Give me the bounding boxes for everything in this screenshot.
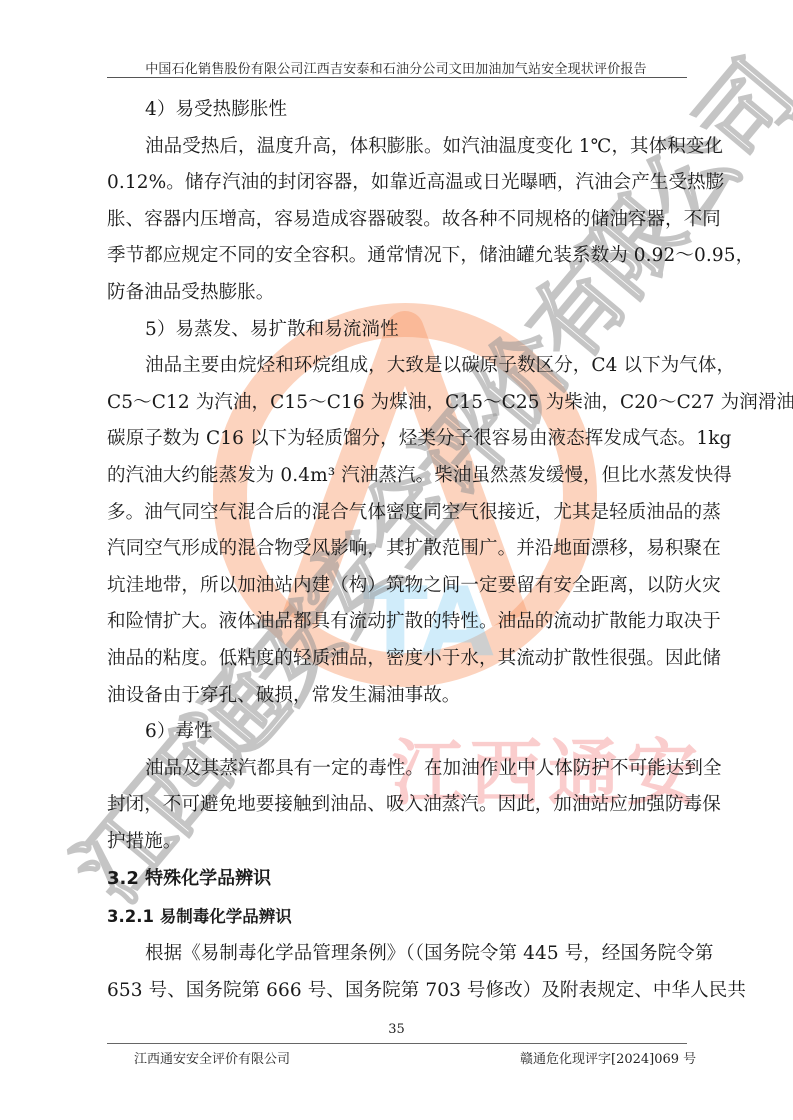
paragraph-line: 653 号、国务院第 666 号、国务院第 703 号修改）及附表规定、中华人民… [107,973,690,1010]
paragraph-line: 油设备由于穿孔、破损，常发生漏油事故。 [107,678,690,715]
paragraph-line: C5～C12 为汽油，C15～C16 为煤油，C15～C25 为柴油，C20～C… [107,385,690,422]
paragraph-line: 根据《易制毒化学品管理条例》（（国务院令第 445 号，经国务院令第 [107,936,690,973]
document-page: TA 江西通安安全评价有限公司 江西通安 中国石化销售股份有限公司江西吉安泰和石… [0,0,793,1120]
running-header: 中国石化销售股份有限公司江西吉安泰和石油分公司文田加油加气站安全现状评价报告 [96,58,696,77]
list-item-heading: 5）易蒸发、易扩散和易流淌性 [107,312,690,349]
section-heading: 3.2 特殊化学品辨识 [107,860,690,898]
paragraph-line: 油品的粘度。低粘度的轻质油品，密度小于水，其流动扩散性很强。因此储 [107,641,690,678]
list-item-heading: 6）毒性 [107,714,690,751]
footer-report-number: 赣通危化现评字[2024]069 号 [520,1048,696,1067]
list-item-heading: 4）易受热膨胀性 [107,92,690,129]
header-rule [107,77,687,78]
paragraph-line: 0.12%。储存汽油的封闭容器，如靠近高温或日光曝晒，汽油会产生受热膨 [107,165,690,202]
paragraph-line: 油品及其蒸汽都具有一定的毒性。在加油作业中人体防护不可能达到全 [107,751,690,788]
subsection-heading: 3.2.1 易制毒化学品辨识 [107,898,690,936]
paragraph-line: 胀、容器内压增高，容易造成容器破裂。故各种不同规格的储油容器，不同 [107,202,690,239]
footer-company: 江西通安安全评价有限公司 [134,1048,290,1067]
paragraph-line: 的汽油大约能蒸发为 0.4m³ 汽油蒸汽。柴油虽然蒸发缓慢，但比水蒸发快得 [107,458,690,495]
paragraph-line: 封闭，不可避免地要接触到油品、吸入油蒸汽。因此，加油站应加强防毒保 [107,787,690,824]
document-body: 4）易受热膨胀性 油品受热后，温度升高，体积膨胀。如汽油温度变化 1℃，其体积变… [107,92,690,1010]
paragraph-line: 油品受热后，温度升高，体积膨胀。如汽油温度变化 1℃，其体积变化 [107,129,690,166]
paragraph-line: 碳原子数为 C16 以下为轻质馏分，烃类分子很容易由液态挥发成气态。1kg [107,421,690,458]
paragraph-line: 季节都应规定不同的安全容积。通常情况下，储油罐允装系数为 0.92～0.95， [107,238,690,275]
paragraph-line: 防备油品受热膨胀。 [107,275,690,312]
paragraph-line: 油品主要由烷烃和环烷组成，大致是以碳原子数区分，C4 以下为气体， [107,348,690,385]
paragraph-line: 汽同空气形成的混合物受风影响，其扩散范围广。并沿地面漂移，易积聚在 [107,531,690,568]
paragraph-line: 护措施。 [107,824,690,861]
page-number: 35 [380,1022,413,1037]
paragraph-line: 多。油气同空气混合后的混合气体密度同空气很接近，尤其是轻质油品的蒸 [107,495,690,532]
footer-rule [107,1043,687,1044]
paragraph-line: 和险情扩大。液体油品都具有流动扩散的特性。油品的流动扩散能力取决于 [107,604,690,641]
paragraph-line: 坑洼地带，所以加油站内建（构）筑物之间一定要留有安全距离，以防火灾 [107,568,690,605]
